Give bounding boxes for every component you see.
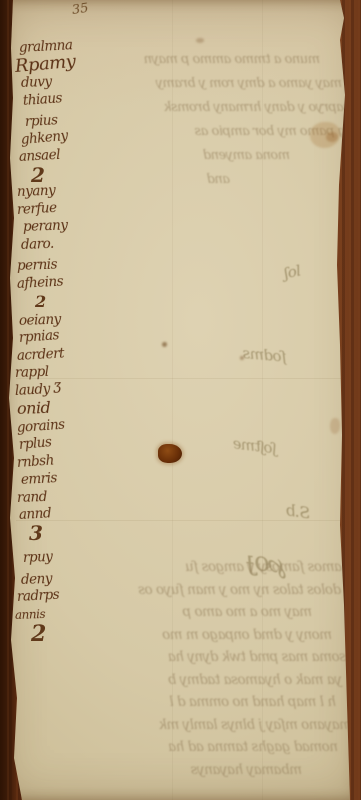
margin-annotation: ʃol — [282, 261, 302, 282]
folio-number: 35 — [71, 1, 89, 18]
handwritten-name: 2 — [35, 293, 130, 311]
bleedthrough-text-bottom: amos ſamosy y amgos ſuy dolos talos ny m… — [80, 556, 352, 781]
handwritten-name: daro. — [21, 233, 131, 254]
bleedthrough-line: nomad gaghs tamna ad ha — [80, 736, 338, 759]
manuscript-photo: 35 muno a tmmo ammo p maynmay yamo a dmy… — [0, 0, 361, 800]
bleedthrough-line: mayano mſay j blnys lamly mk — [80, 714, 352, 737]
bleedthrough-line: mbamay hayanys — [80, 759, 302, 782]
bleedthrough-line: y dolos talos ny mo y man ſuyo os — [80, 579, 352, 602]
bleedthrough-line: ya mak o hyamosa tadmy b — [80, 669, 342, 692]
name-list-column: gralmnaRpamyduvythiausrpiusghkenyansael2… — [15, 40, 130, 644]
margin-annotation: S.b — [285, 500, 312, 522]
paper-stain — [162, 342, 167, 347]
paper-stain — [196, 38, 204, 43]
bleedthrough-line: h l map hand no omma d l — [80, 691, 336, 714]
margin-annotation: ʃoʃtme — [232, 434, 277, 457]
bleedthrough-line: may mo a mo amo p — [80, 601, 312, 624]
paper-stain — [330, 418, 340, 434]
bleedthrough-line: soma mas pmd twk dyny ha — [80, 646, 346, 669]
bleedthrough-line: amos ſamosy y amgos ſu — [80, 556, 342, 579]
handwritten-name: 3 — [29, 525, 130, 543]
paper-stain — [158, 444, 182, 463]
bleedthrough-line: mony y dmd onpago m mo — [80, 624, 332, 647]
margin-annotation: ſodms — [242, 344, 287, 366]
manuscript-page: 35 muno a tmmo ammo p maynmay yamo a dmy… — [0, 0, 361, 800]
